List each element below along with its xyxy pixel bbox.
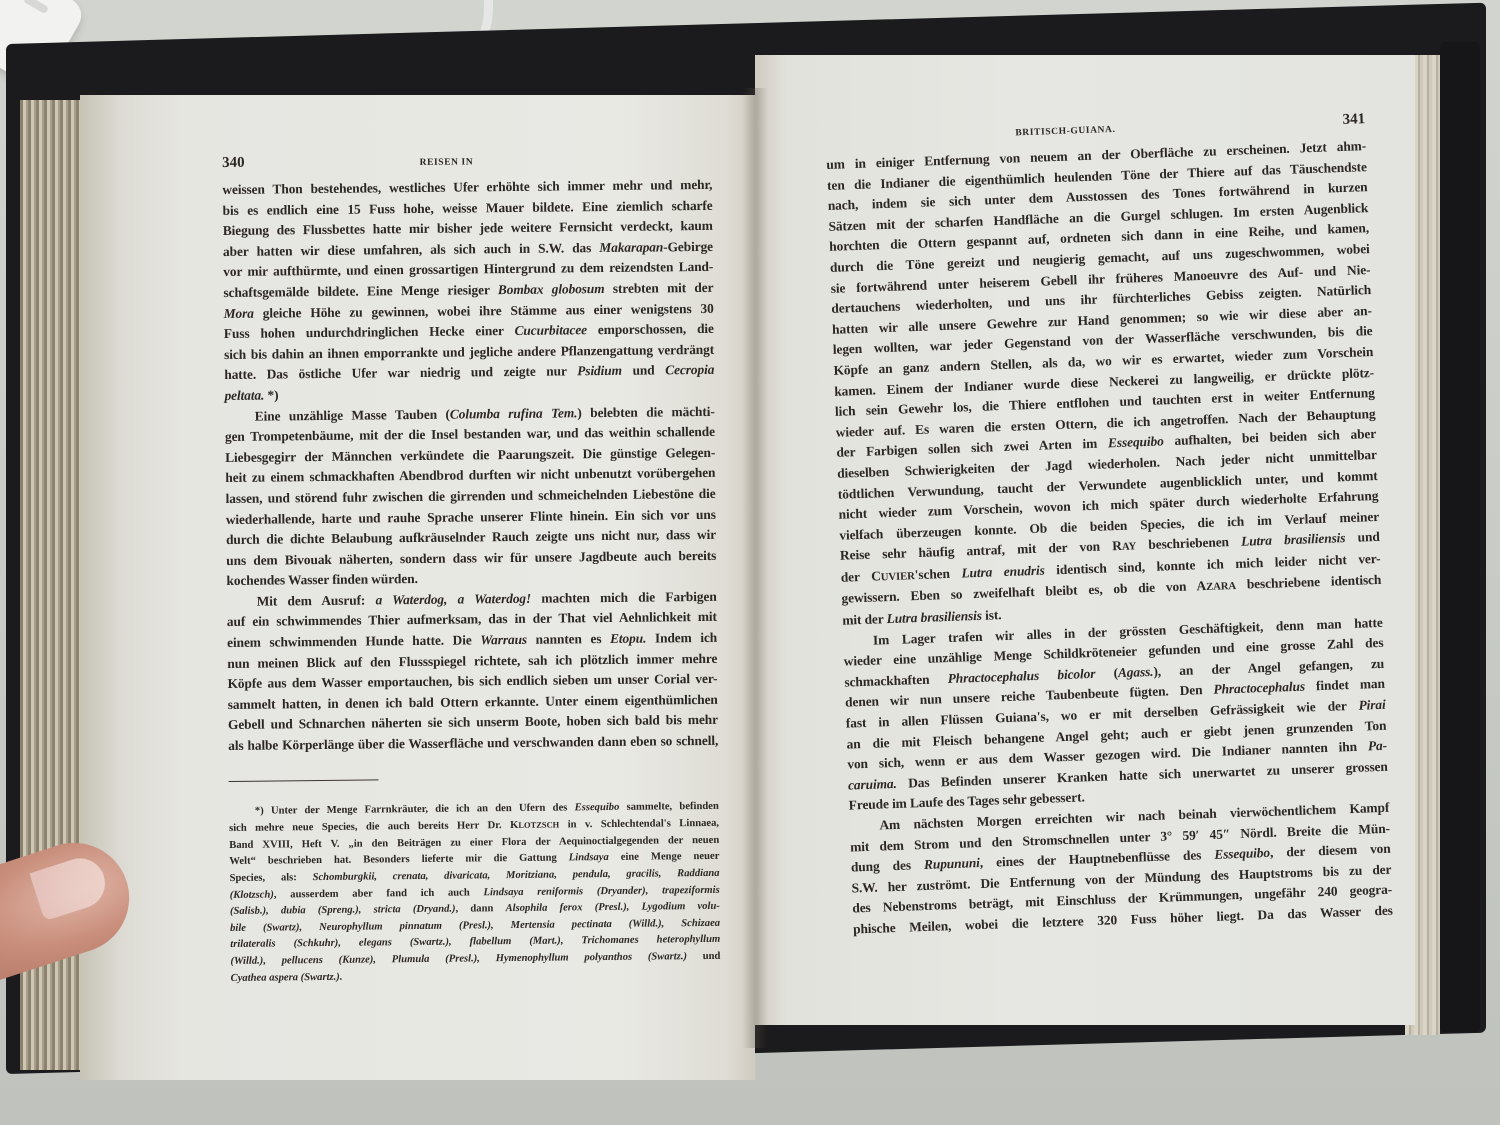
book-cover-right-edge: [1440, 42, 1480, 1032]
thumbnail: [29, 852, 111, 921]
right-page-number: 341: [1342, 111, 1365, 129]
footnote: *) Unter der Menge Farrnkräuter, die ich…: [229, 798, 721, 987]
adapter-slot: [23, 0, 50, 14]
right-body-text: um in einiger Entfernung von neuem an de…: [826, 136, 1393, 940]
footnote-rule: [229, 779, 379, 782]
right-page[interactable]: BRITISCH-GUIANA. 341 um in einiger Entfe…: [755, 55, 1415, 1025]
left-page-text: 340 REISEN IN weissen Thon bestehendes, …: [222, 150, 721, 987]
right-running-title: BRITISCH-GUIANA.: [1015, 125, 1115, 138]
left-running-title: REISEN IN: [420, 157, 474, 168]
right-page-text: BRITISCH-GUIANA. 341 um in einiger Entfe…: [825, 106, 1393, 940]
left-page[interactable]: 340 REISEN IN weissen Thon bestehendes, …: [80, 95, 755, 1080]
book-gutter: [742, 88, 768, 1048]
left-body-text: weissen Thon bestehendes, westliches Ufe…: [222, 175, 718, 757]
text-line: als halbe Körperlänge über die Wasserflä…: [228, 731, 718, 757]
left-page-number: 340: [222, 155, 245, 172]
left-running-head: 340 REISEN IN: [222, 150, 712, 172]
